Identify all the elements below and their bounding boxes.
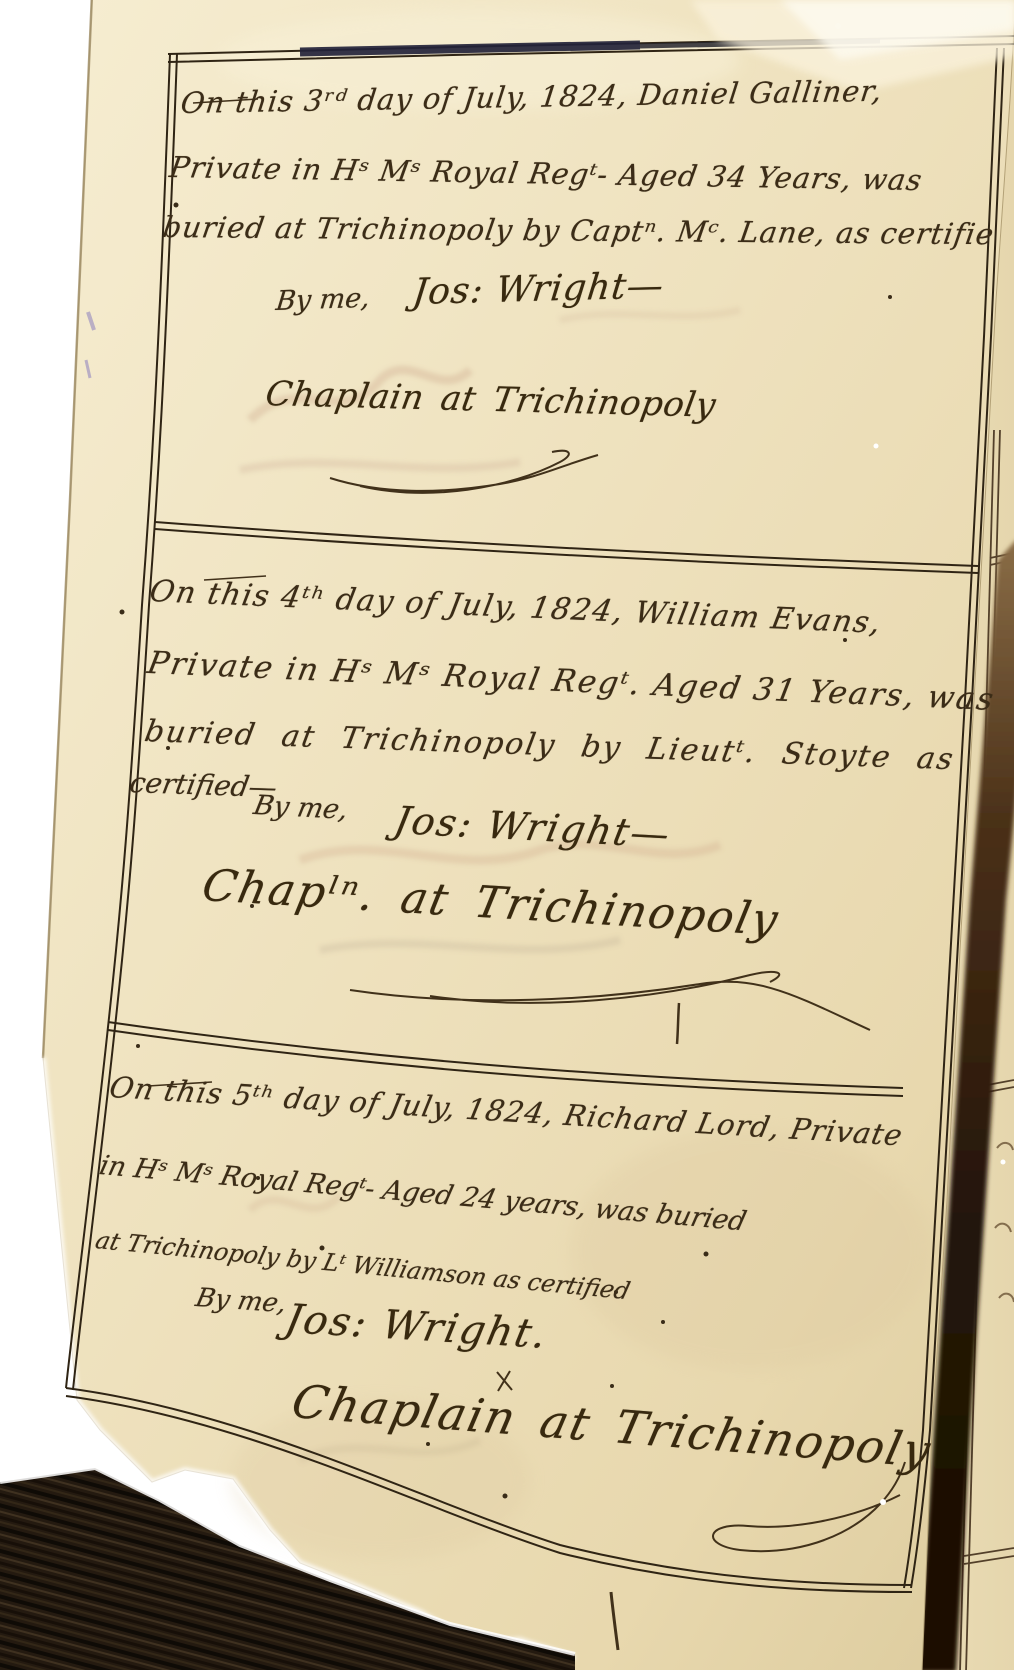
scanned-register-photo: On this 3ʳᵈ day of July, 1824, Daniel Ga…: [0, 0, 1014, 1670]
entry-1-signature: Jos: Wright—: [411, 265, 667, 313]
entry-3-attestation: By me,: [193, 1283, 289, 1319]
entry-1-attestation: By me,: [274, 283, 371, 317]
entry-1-line-3: buried at Trichinopoly by Captⁿ. Mᶜ. Lan…: [160, 210, 996, 251]
entry-2-attestation: By me,: [251, 790, 351, 826]
